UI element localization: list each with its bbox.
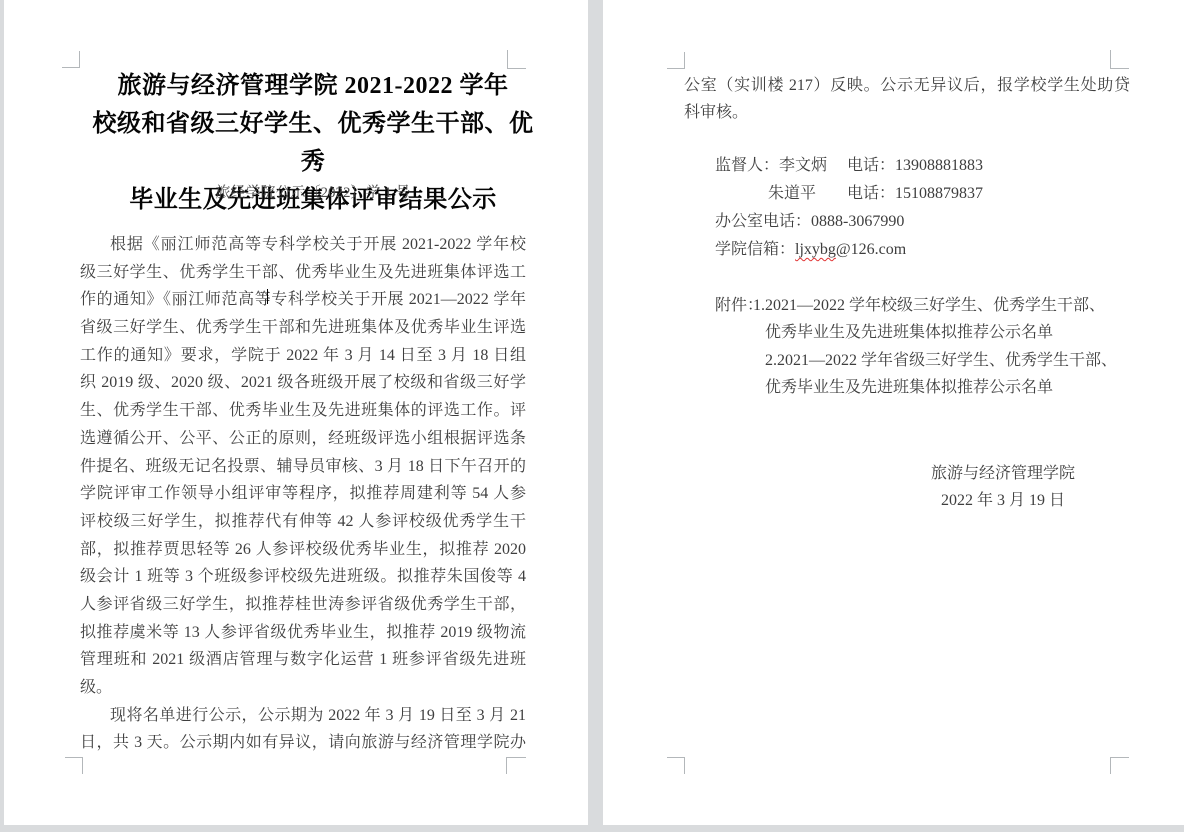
body-line: 选遵循公开、公平、公正的原则，经班级评选小组根据评选条 bbox=[80, 425, 526, 453]
supervisor-name: 朱道平 bbox=[715, 180, 816, 208]
body-line: 级。 bbox=[80, 674, 526, 702]
attachment-item-1-cont: 优秀毕业生及先进班集体拟推荐公示名单 bbox=[765, 319, 1053, 346]
attachment-line: 优秀毕业生及先进班集体拟推荐公示名单 bbox=[603, 319, 1184, 346]
supervisor-row-1: 监督人：李文炳 电话：13908881883 bbox=[715, 152, 1155, 180]
signature-block: 旅游与经济管理学院 2022 年 3 月 19 日 bbox=[903, 460, 1103, 515]
margin-crop-mark-bottom-right bbox=[1110, 757, 1129, 774]
body-line: 根据《丽江师范高等专科学校关于开展 2021-2022 学年校 bbox=[80, 231, 526, 259]
margin-crop-mark-top-left bbox=[62, 51, 80, 68]
body-line: 学院评审工作领导小组评审等程序，拟推荐周建利等 54 人参 bbox=[80, 480, 526, 508]
page-1[interactable]: 旅游与经济管理学院 2021-2022 学年 校级和省级三好学生、优秀学生干部、… bbox=[4, 0, 588, 825]
office-phone-number: 0888-3067990 bbox=[811, 213, 904, 230]
body-line: 工作的通知》要求，学院于 2022 年 3 月 14 日至 3 月 18 日组 bbox=[80, 342, 526, 370]
margin-crop-mark-bottom-left bbox=[65, 757, 83, 774]
body-line: 级三好学生、优秀学生干部、优秀毕业生及先进班集体评选工 bbox=[80, 259, 526, 287]
email-row: 学院信箱：ljxybg@126.com bbox=[715, 236, 1155, 264]
supervisor-row-2: 朱道平 电话：15108879837 bbox=[715, 180, 1155, 208]
body-line: 部，拟推荐贾思轻等 26 人参评校级优秀毕业生，拟推荐 2020 bbox=[80, 536, 526, 564]
body-line: 省级三好学生、优秀学生干部和先进班集体及优秀毕业生评选 bbox=[80, 314, 526, 342]
attachment-line: 优秀毕业生及先进班集体拟推荐公示名单 bbox=[603, 374, 1184, 401]
contact-info: 监督人：李文炳 电话：13908881883 朱道平 电话：1510887983… bbox=[715, 152, 1155, 264]
body-text: 根据《丽江师范高等专科学校关于开展 2021-2022 学年校 级三好学生、优秀… bbox=[80, 231, 526, 757]
body-line: 件提名、班级无记名投票、辅导员审核、3 月 18 日下午召开的 bbox=[80, 453, 526, 481]
body-line: 日，共 3 天。公示期内如有异议，请向旅游与经济管理学院办 bbox=[80, 729, 526, 757]
body-line: 织 2019 级、2020 级、2021 级各班级开展了校级和省级三好学 bbox=[80, 369, 526, 397]
body-line: 管理班和 2021 级酒店管理与数字化运营 1 班参评省级先进班 bbox=[80, 646, 526, 674]
signature-org: 旅游与经济管理学院 bbox=[903, 460, 1103, 487]
text-cursor bbox=[267, 289, 268, 304]
margin-crop-mark-top-right bbox=[1110, 50, 1129, 69]
title-line: 旅游与经济管理学院 2021-2022 学年 bbox=[83, 67, 543, 105]
body-line: 级会计 1 班等 3 个班级参评校级先进班级。拟推荐朱国俊等 4 bbox=[80, 563, 526, 591]
attachment-item-1: 1.2021—2022 学年校级三好学生、优秀学生干部、 bbox=[753, 292, 1105, 319]
margin-crop-mark-bottom-right bbox=[506, 757, 526, 774]
supervisor-phone: 电话：15108879837 bbox=[847, 180, 983, 208]
body-line: 拟推荐虞米等 13 人参评省级优秀毕业生，拟推荐 2019 级物流 bbox=[80, 619, 526, 647]
phone-label: 电话： bbox=[847, 185, 895, 202]
attachment-item-2: 2.2021—2022 学年省级三好学生、优秀学生干部、 bbox=[765, 347, 1117, 374]
supervisor-name: 李文炳 bbox=[779, 157, 827, 174]
supervisor-phone: 电话：13908881883 bbox=[847, 152, 983, 180]
body-line: 科审核。 bbox=[684, 99, 1130, 126]
page-2[interactable]: 公室（实训楼 217）反映。公示无异议后，报学校学生处助贷 科审核。 监督人：李… bbox=[603, 0, 1184, 825]
body-line: 人参评省级三好学生，拟推荐桂世涛参评省级优秀学生干部， bbox=[80, 591, 526, 619]
body-line: 现将名单进行公示，公示期为 2022 年 3 月 19 日至 3 月 21 bbox=[80, 702, 526, 730]
office-phone-row: 办公室电话：0888-3067990 bbox=[715, 208, 1155, 236]
attachments: 附件： 1.2021—2022 学年校级三好学生、优秀学生干部、 优秀毕业生及先… bbox=[603, 292, 1184, 402]
title-line: 校级和省级三好学生、优秀学生干部、优秀 bbox=[83, 105, 543, 181]
body-text-continued: 公室（实训楼 217）反映。公示无异议后，报学校学生处助贷 科审核。 bbox=[684, 72, 1130, 127]
email-domain: @126.com bbox=[836, 241, 906, 258]
signature-date: 2022 年 3 月 19 日 bbox=[903, 487, 1103, 514]
attachment-line: 附件： 1.2021—2022 学年校级三好学生、优秀学生干部、 bbox=[603, 292, 1184, 319]
body-line: 公室（实训楼 217）反映。公示无异议后，报学校学生处助贷 bbox=[684, 72, 1130, 99]
supervisor-label: 监督人： bbox=[715, 157, 779, 174]
margin-crop-mark-top-left bbox=[667, 52, 685, 69]
attachment-line: 2.2021—2022 学年省级三好学生、优秀学生干部、 bbox=[603, 347, 1184, 374]
phone-number: 15108879837 bbox=[895, 185, 983, 202]
margin-crop-mark-bottom-left bbox=[667, 757, 685, 774]
body-line: 作的通知》《丽江师范高等专科学校关于开展 2021—2022 学年 bbox=[80, 286, 526, 314]
phone-label: 电话： bbox=[847, 157, 895, 174]
notice-number: 旅经学院公示〔2022〕学 1 号 bbox=[83, 182, 543, 204]
body-line: 评校级三好学生，拟推荐代有伸等 42 人参评校级优秀学生干 bbox=[80, 508, 526, 536]
document-workspace: 旅游与经济管理学院 2021-2022 学年 校级和省级三好学生、优秀学生干部、… bbox=[0, 0, 1184, 832]
email-user-spellcheck: ljxybg bbox=[795, 241, 836, 258]
attachment-item-2-cont: 优秀毕业生及先进班集体拟推荐公示名单 bbox=[765, 374, 1053, 401]
body-line: 生、优秀学生干部、优秀毕业生及先进班集体的评选工作。评 bbox=[80, 397, 526, 425]
email-label: 学院信箱： bbox=[715, 241, 795, 258]
phone-number: 13908881883 bbox=[895, 157, 983, 174]
office-phone-label: 办公室电话： bbox=[715, 213, 811, 230]
